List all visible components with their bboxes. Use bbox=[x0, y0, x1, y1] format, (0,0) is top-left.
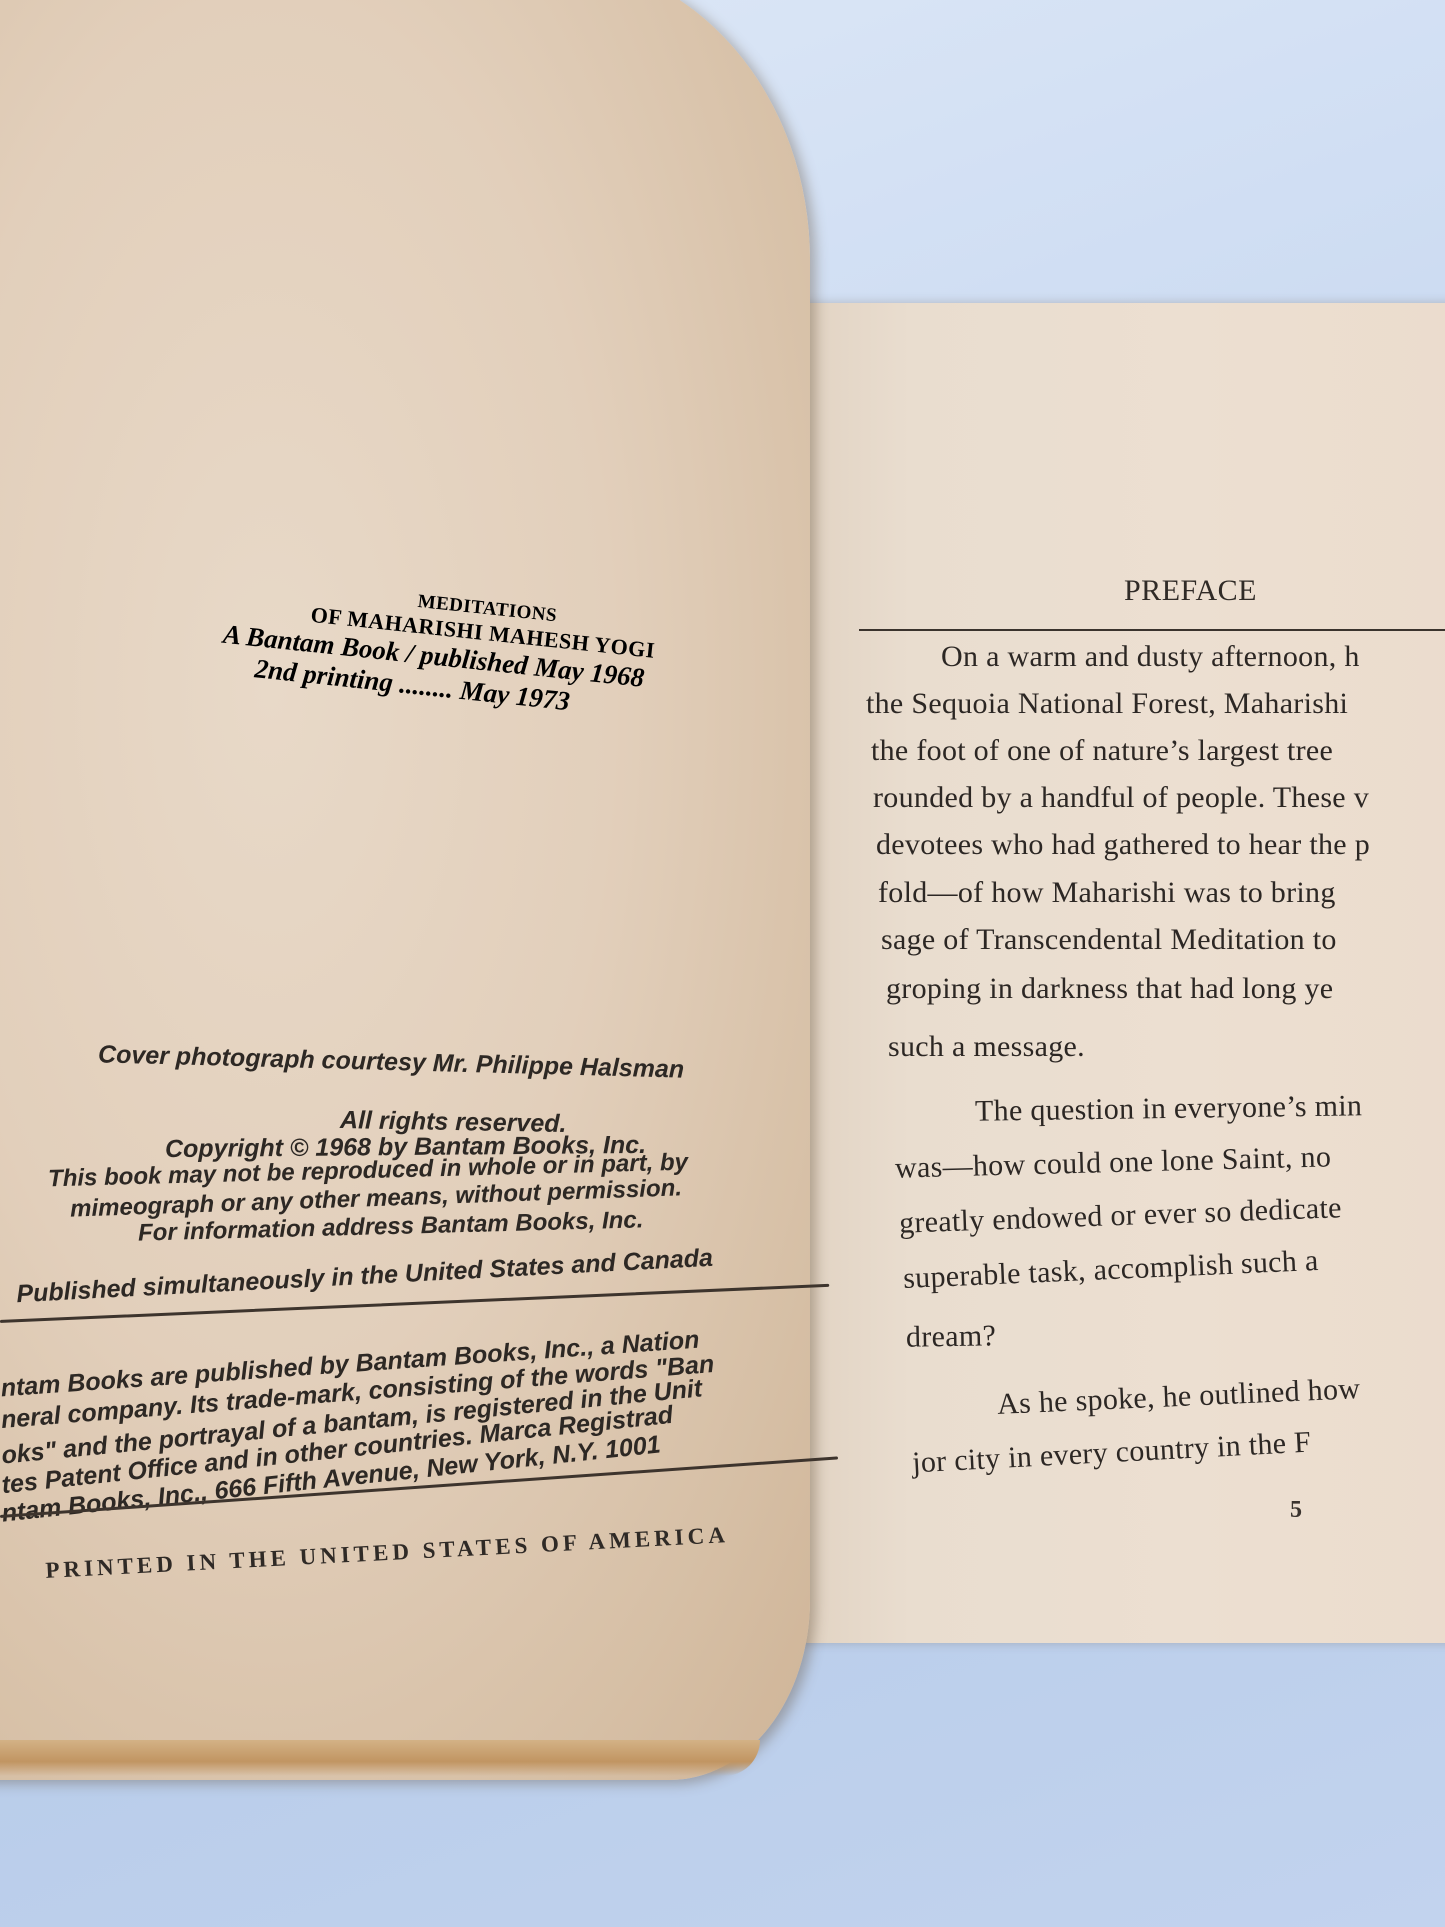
page-number: 5 bbox=[1290, 1497, 1302, 1524]
book-photo: MEDITATIONS OF MAHARISHI MAHESH YOGI A B… bbox=[0, 0, 1445, 1927]
body-line: The question in everyone’s min bbox=[975, 1089, 1363, 1128]
body-line: groping in darkness that had long ye bbox=[886, 972, 1333, 1006]
body-line: the Sequoia National Forest, Maharishi bbox=[866, 687, 1348, 721]
body-line: On a warm and dusty afternoon, h bbox=[941, 640, 1360, 674]
body-line: sage of Transcendental Meditation to bbox=[881, 923, 1337, 957]
body-line: fold—of how Maharishi was to bring bbox=[878, 876, 1336, 910]
left-page-edge bbox=[0, 1740, 760, 1776]
body-line: rounded by a handful of people. These v bbox=[873, 781, 1369, 815]
body-line: devotees who had gathered to hear the p bbox=[876, 828, 1370, 862]
preface-heading: PREFACE bbox=[1124, 574, 1257, 608]
body-line: the foot of one of nature’s largest tree bbox=[871, 734, 1333, 768]
body-line: dream? bbox=[906, 1319, 997, 1355]
preface-rule bbox=[859, 629, 1445, 631]
body-line: such a message. bbox=[888, 1030, 1085, 1064]
